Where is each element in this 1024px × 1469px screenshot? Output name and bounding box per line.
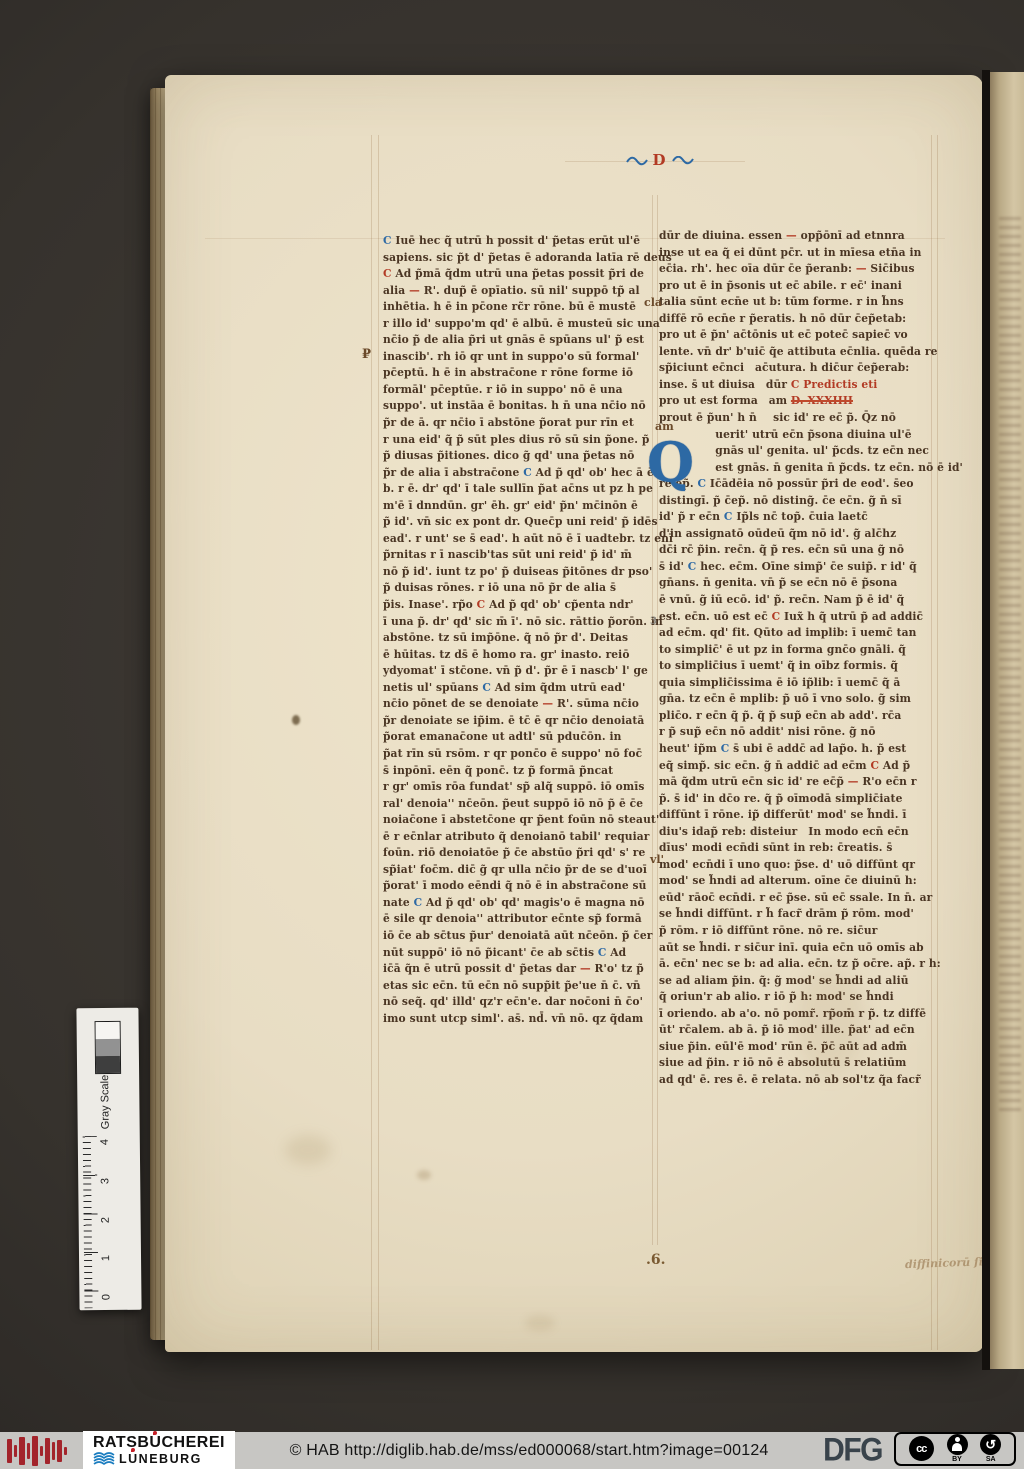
manuscript-line: ē hūitas. tz ds̄ ē homo ra. gr' inasto. …	[383, 647, 651, 664]
manuscript-line: q̃ oriun'r ab alio. r iō p̃ h: mod' se h…	[659, 989, 927, 1006]
manuscript-line: nō seq̃. qd' illd' qz'r ec̄n'e. dar noc̄…	[383, 994, 651, 1011]
margin-note-vl: vl'	[650, 853, 664, 866]
ruling-line	[378, 135, 379, 1350]
manuscript-line: ē r ec̄nlar atributo q̃ denoianō tabil' …	[383, 829, 651, 846]
manuscript-line: pro ut ē p̃n' ac̄tōnis ut ec̄ potec̄ sap…	[659, 327, 927, 344]
manuscript-line: se h̃ndi diffūnt. r h̃ facr̃ drām p̃ rōm…	[659, 906, 927, 923]
swatch-white	[96, 1022, 120, 1039]
manuscript-line: ā. ec̄n' nec se b: ad alia. ec̄n. tz p̃ …	[659, 956, 927, 973]
manuscript-line: b. r ē. dr' qd' ī tale sullīn p̃at ac̄ns…	[383, 481, 651, 498]
parchment-stain	[417, 1170, 431, 1180]
red-paraph-mark: —	[786, 229, 797, 242]
blue-paraph-mark: C	[414, 896, 423, 909]
manuscript-line: r gr' omīs rōa fundat' sp̃ alq̃ suppō. i…	[383, 779, 651, 796]
parchment-blemish	[292, 715, 300, 725]
red-paraph-mark: C Predictis eti	[791, 378, 878, 391]
grayscale-calibration-card: Gray Scale 43210	[76, 1008, 141, 1311]
ruler-number: 4	[99, 1139, 111, 1145]
manuscript-line: s̄ inpōnī. eēn q̃ ponc̄. tz p̃ formā p̃n…	[383, 763, 651, 780]
manuscript-line: foūn. riō denoiatōe p̃ c̄e abstūo p̃ri q…	[383, 845, 651, 862]
manuscript-line: eūd' rāoc̄ ecn̄di. r ec̄ p̃se. sū ec̄ ss…	[659, 890, 927, 907]
manuscript-line: C Ad p̃mā q̃dm utrū una p̃etas possit p̃…	[383, 266, 651, 283]
blue-paraph-mark: C	[523, 466, 532, 479]
manuscript-line: p̃ duisas rōnes. r iō una nō p̃r de alia…	[383, 580, 651, 597]
manuscript-line: p̃rnitas r ī nascib'tas sūt uni reid' p̃…	[383, 547, 651, 564]
manuscript-line: ē sile qr denoia'' attributor ec̄nte sp̃…	[383, 911, 651, 928]
manuscript-line: dc̄i rc̄ p̃in. rec̄n. q̃ p̃ res. ec̄n sū…	[659, 542, 927, 559]
manuscript-line: to simplic̄' ē ut pz in forma gnc̄o gnāl…	[659, 642, 927, 659]
manuscript-line: uerit' utrū ec̄n p̃sona diuina ul'ē	[659, 427, 927, 444]
manuscript-line: mod' ecn̄di ī uno quo: p̃se. d' uō diffū…	[659, 857, 927, 874]
decorated-initial-q: Q	[647, 435, 694, 489]
pipe-bar	[27, 1443, 30, 1459]
pipe-bar	[52, 1442, 55, 1460]
cc-sa-label: SA	[986, 1456, 996, 1463]
manuscript-line: p̃at rīn sū rsōm. r qr ponc̄o ē suppo' n…	[383, 746, 651, 763]
manuscript-line: pc̄eptū. h ē in abstrac̄one r rōne forme…	[383, 365, 651, 382]
manuscript-line: p̃ rōm. r iō diffūnt rōne. nō re. sic̄ur	[659, 923, 927, 940]
wordmark-text: LUNEBURG	[119, 1452, 202, 1466]
ruler-number: 1	[100, 1255, 112, 1261]
blue-paraph-mark: C	[724, 510, 733, 523]
manuscript-line: p̃ id'. vn̄ sic ex pont dr. Quec̄p uni r…	[383, 514, 651, 531]
ruler-major-ticks	[83, 1136, 99, 1309]
manuscript-line: alia — R'. dup̃ ē opīatio. sū nil' suppō…	[383, 283, 651, 300]
manuscript-line: ē vnū. g̃ iū ecō. id' p̃. rec̄n. Nam p̃ …	[659, 592, 927, 609]
manuscript-line: r una eid' q̃ p̃ sūt ples dius rō sū sin…	[383, 432, 651, 449]
manuscript-line: p̃r de alia ī abstrac̄one C Ad p̃ qd' ob…	[383, 465, 651, 482]
manuscript-line: ral' denoia'' nc̄eōn. p̃eut suppō iō nō …	[383, 796, 651, 813]
manuscript-line: ead'. r unt' se s̄ ead'. h aūt nō ē ī ua…	[383, 531, 651, 548]
copyright-url: © HAB http://diglib.hab.de/mss/ed000068/…	[235, 1442, 823, 1460]
margin-pencil-3: 3	[650, 616, 657, 627]
running-head-letter: D	[652, 151, 667, 169]
cc-by-person-icon	[947, 1434, 968, 1455]
manuscript-line: dīus' modi ecn̄di sūnt in reb: c̄reatis.…	[659, 840, 927, 857]
pipe-bar	[32, 1436, 38, 1466]
manuscript-line: plic̄o. r ec̄n q̃ p̃. q̃ p̃ sup̃ ec̄n ab…	[659, 708, 927, 725]
ruler-number: 0	[100, 1294, 112, 1300]
blue-flourish-icon	[626, 156, 648, 166]
manuscript-line: prout ē p̃un' h n̄ sic id' re ec̄ p̃. Q̄…	[659, 410, 927, 427]
red-paraph-mark: C	[772, 610, 781, 623]
manuscript-line: m'ē ī dnndūn. gr' ēh. gr' eid' p̃n' mc̄i…	[383, 498, 651, 515]
cc-license-badge: cc BY ↺ SA	[894, 1432, 1016, 1466]
facing-page-fore-edge	[990, 72, 1024, 1369]
manuscript-line: gnās ul' genita. ul' p̃cds. tz ec̄n nec	[659, 443, 927, 460]
manuscript-line: ec̄ia. rh'. hec oīa dūr c̄e p̃eranb: — S…	[659, 261, 927, 278]
manuscript-line: sapiens. sic p̃t d' p̃etas ē adoranda la…	[383, 250, 651, 267]
manuscript-line: inascib'. rh iō qr unt in suppo'o sū for…	[383, 349, 651, 366]
manuscript-line: lente. vn̄ dr' b'uic̄ q̃e attibuta ec̄nl…	[659, 344, 927, 361]
manuscript-line: p̃is. Inase'. rp̃o C Ad p̃ qd' ob' cp̃en…	[383, 597, 651, 614]
manuscript-line: ic̄ā q̃n ē utrū possit d' p̃etas dar — R…	[383, 961, 651, 978]
manuscript-line: ydyomat' ī stc̄one. vn̄ p̃ d'. p̃r ē ī n…	[383, 663, 651, 680]
blue-paraph-mark: C	[697, 477, 706, 490]
ruling-line	[937, 135, 938, 1350]
manuscript-line: diu's idap̃ reb: disteiur In modo ecn̄ e…	[659, 824, 927, 841]
manuscript-line: mod' se h̃ndi ad alterum. oīne c̄e diuin…	[659, 873, 927, 890]
cc-by-item: BY	[947, 1434, 968, 1463]
manuscript-line: ad ec̄m. qd' fit. Qūto ad implib: ī uemc…	[659, 625, 927, 642]
manuscript-line: diffūnt ī rōne. ip̃ differūt' mod' se h̃…	[659, 807, 927, 824]
cc-by-label: BY	[952, 1456, 962, 1463]
manuscript-line: talia sūnt ecn̄e ut b: tūm forme. r in h…	[659, 294, 927, 311]
blue-paraph-mark: C	[598, 946, 607, 959]
book-gutter-shadow	[982, 70, 990, 1370]
manuscript-line: eq̃ simp̃. sic ec̄n. g̃ n̄ addic̄ ad ec̄…	[659, 758, 927, 775]
manuscript-line: sp̃iciunt ec̄nci ac̄utura. h dic̄ur c̄ep…	[659, 360, 927, 377]
manuscript-line: ad qd' ē. res ē. ē relata. nō ab sol'tz …	[659, 1072, 927, 1089]
manuscript-line: nate C Ad p̃ qd' ob' qd' magis'o ē magna…	[383, 895, 651, 912]
manuscript-line: est gnās. n̄ genita n̄ p̃cds. tz ec̄n. n…	[659, 460, 927, 477]
blue-paraph-mark: C	[383, 234, 392, 247]
ruling-line	[931, 135, 932, 1350]
ratsbuecherei-wordmark: RATSBUCHEREI	[93, 1435, 225, 1451]
manuscript-line: d'in assignatō oūdeū q̃m nō id'. g̃ alc̄…	[659, 526, 927, 543]
manuscript-line: nc̄io p̃ de alia p̃ri ut gnās ē spūans u…	[383, 332, 651, 349]
text-column-right: dūr de diuina. essen — opp̃ōnī ad etnnra…	[659, 228, 927, 1088]
red-struck-rubric: D. XXXIIII	[791, 394, 853, 407]
manuscript-line: pro ut ē in p̃sonis ut ec̄ abile. r ec̄'…	[659, 278, 927, 295]
manuscript-line: gn̄a. tz ec̄n ē mplib: p̃ uō ī vno solo.…	[659, 691, 927, 708]
manuscript-line: suppo'. ut instāa ē bonitas. h n̄ una nc…	[383, 398, 651, 415]
manuscript-line: mā q̃dm utrū ec̄n sic id' re ec̄p̃ — R'o…	[659, 774, 927, 791]
cc-logo-icon: cc	[909, 1436, 934, 1461]
manuscript-line: ī una p̃. dr' qd' sic m̄ ī'. nō sic. rāt…	[383, 614, 651, 631]
manuscript-line: id' p̃ r ec̄n C Ip̃ls nc̄ top̃. c̄uia la…	[659, 509, 927, 526]
running-head-ornament: D	[585, 151, 735, 169]
manuscript-line: p̃ diusas p̃itiones. dico g̃ qd' una p̃e…	[383, 448, 651, 465]
manuscript-line: inhētia. h ē in pc̄one rc̃r rōne. bū ē m…	[383, 299, 651, 316]
manuscript-line: to simplic̄ius ī uemt' q̃ in oībz formis…	[659, 658, 927, 675]
ruling-line	[657, 195, 658, 1245]
grayscale-label: Gray Scale	[99, 1067, 112, 1137]
open-book-icon	[93, 1452, 115, 1465]
blue-paraph-mark: C	[688, 560, 697, 573]
red-paraph-mark: —	[580, 962, 591, 975]
manuscript-line: p̃r de ā. qr nc̄io ī abstōne p̃orat pur …	[383, 415, 651, 432]
manuscript-line: heut' ip̃m C s̄ ubi ē addc̄ ad lap̃o. h.…	[659, 741, 927, 758]
manuscript-line: r illo id' suppo'm qd' ē albū. ē musteū …	[383, 316, 651, 333]
manuscript-line: C Iuē hec q̃ utrū h possit d' p̃etas erū…	[383, 233, 651, 250]
manuscript-line: s̄ id' C hec. ec̄m. Oīne simp̃' c̄e suip…	[659, 559, 927, 576]
manuscript-line: siue p̃in. eūl'ē mod' rūn ē. p̃c̄ aūt ad…	[659, 1039, 927, 1056]
manuscript-line: netis ul' spūans C Ad sim q̃dm utrū ead'	[383, 680, 651, 697]
margin-note-cla: cla	[644, 296, 662, 309]
pipe-bar	[57, 1440, 62, 1462]
manuscript-line: quia simplic̄issima ē iō ip̃lib: ī uemc̄…	[659, 675, 927, 692]
swatch-mid-gray	[96, 1039, 120, 1056]
manuscript-line: nc̄io pōnet de se denoiate — R'. sūma nc…	[383, 696, 651, 713]
ruling-line	[371, 135, 372, 1350]
red-paraph-mark: —	[848, 775, 859, 788]
manuscript-line: inse ut ea q̃ ei dūnt pc̄r. ut in mīesa …	[659, 245, 927, 262]
manuscript-line: imo sunt utcp siml'. as̄. nd̄. vn̄ nō. q…	[383, 1011, 651, 1028]
manuscript-line: formāl' pc̄eptūe. r iō in suppo' nō ē un…	[383, 382, 651, 399]
pipe-bar	[64, 1447, 67, 1455]
margin-note-am: am	[655, 420, 674, 433]
lueneburg-wordmark: LUNEBURG	[93, 1452, 225, 1466]
red-paraph-mark: C	[383, 267, 392, 280]
blue-paraph-mark: C	[482, 681, 491, 694]
manuscript-line: noiac̄one ī abstetc̄one qr p̃ent foūn nō…	[383, 812, 651, 829]
manuscript-line: p̃orat' ī modo eēndi q̃ nō ē in abstrac̄…	[383, 878, 651, 895]
ratsbuecherei-pipes-logo	[7, 1434, 67, 1468]
manuscript-line: nūt suppō' iō nō p̃icant' c̄e ab sc̄tis …	[383, 945, 651, 962]
manuscript-line: pro ut est forma am D. XXXIIII	[659, 393, 927, 410]
manuscript-line: ī oriendo. ab a'o. nō pomr̃. rp̃om̄ r p̃…	[659, 1006, 927, 1023]
red-paraph-mark: —	[542, 697, 553, 710]
manuscript-line: se ad aliam p̃in. q̃: g̃ mod' se h̃ndi a…	[659, 973, 927, 990]
manuscript-line: sp̃iat' foc̄m. dic̄ g̃ qr ulla nc̄io p̃r…	[383, 862, 651, 879]
manuscript-line: gn̄ans. n̄ genita. vn̄ p̃ se ec̄n nō ē p…	[659, 575, 927, 592]
parchment-stain	[285, 1135, 331, 1165]
manuscript-line: re ep̃. C Ic̄ādēia nō possūr p̃ri de eod…	[659, 476, 927, 493]
manuscript-line: diffē rō ecn̄e r p̃eratis. h nō dūr c̄ep…	[659, 311, 927, 328]
pipe-bar	[14, 1445, 17, 1457]
show-through-text	[999, 217, 1021, 1117]
blue-paraph-mark: C	[721, 742, 730, 755]
footer-bar: RATSBUCHEREI LUNEBURG © HAB http://digli…	[0, 1432, 1024, 1469]
manuscript-line: nō p̃ id'. iunt tz po' p̃ duiseas p̃itōn…	[383, 564, 651, 581]
manuscript-line: inse. s̄ ut diuisa dūr C Predictis eti	[659, 377, 927, 394]
cc-sa-arrow-icon: ↺	[980, 1434, 1001, 1455]
manuscript-line: r p̃ sup̃ ec̄n nō addit' nisi rōne. g̃ n…	[659, 724, 927, 741]
manuscript-line: dūr de diuina. essen — opp̃ōnī ad etnnra	[659, 228, 927, 245]
manuscript-page: D C Iuē hec q̃ utrū h possit d' p̃etas e…	[165, 75, 983, 1352]
ruler-number: 3	[99, 1178, 111, 1184]
pipe-bar	[45, 1438, 50, 1464]
manuscript-line: p̃r denoiate se ip̃im. ē tc̄ ē qr nc̄io …	[383, 713, 651, 730]
blue-flourish-icon	[672, 156, 694, 166]
wordmark-text: RATSB	[93, 1434, 149, 1451]
pipe-bar	[40, 1446, 43, 1456]
manuscript-line: abstōne. tz sū imp̃ōne. q̃ nō p̃r d'. De…	[383, 630, 651, 647]
red-paraph-mark: C	[477, 598, 486, 611]
ratsbuecherei-logo: RATSBUCHEREI LUNEBURG	[83, 1431, 235, 1469]
pipe-bar	[7, 1439, 12, 1463]
manuscript-line: aūt se h̃ndi. r sic̄ur inī. quia ec̄n uō…	[659, 940, 927, 957]
ruler-number: 2	[100, 1217, 112, 1223]
manuscript-line: distingī. p̃ c̄ep̃. nō disting̃. c̄e ec̄…	[659, 493, 927, 510]
folio-number: .6.	[646, 1252, 666, 1268]
pipe-bar	[19, 1437, 25, 1465]
cc-sa-item: ↺ SA	[980, 1434, 1001, 1463]
manuscript-line: siue ad p̃in. r iō nō ē absolutū s̄ rela…	[659, 1055, 927, 1072]
manuscript-line: iō c̄e ab sc̄tus p̃ur' denoiatā aūt nc̄e…	[383, 928, 651, 945]
manuscript-line: p̃. s̄ id' in dc̄o re. q̃ p̃ oīmodā simp…	[659, 791, 927, 808]
wordmark-text: U	[149, 1434, 161, 1451]
dfg-logo: DFG	[823, 1432, 882, 1469]
red-paraph-mark: —	[856, 262, 867, 275]
margin-mark-paragraphus: ₽	[362, 347, 371, 362]
manuscript-line: etas sic ec̄n. tū ec̄n nō supp̃it p̃e'ue…	[383, 978, 651, 995]
red-paraph-mark: C	[870, 759, 879, 772]
parchment-stain	[525, 1315, 555, 1331]
red-paraph-mark: —	[409, 284, 420, 297]
manuscript-line: ūt' rc̄alem. ab ā. p̃ iō mod' ille. p̃at…	[659, 1022, 927, 1039]
manuscript-line: est. ec̄n. uō est ec̄ C Iux̃ h q̃ utrū p…	[659, 609, 927, 626]
photo-backdrop: D C Iuē hec q̃ utrū h possit d' p̃etas e…	[0, 0, 1024, 1432]
text-column-left: C Iuē hec q̃ utrū h possit d' p̃etas erū…	[383, 233, 651, 1027]
manuscript-line: p̃orat emanac̄one ut adtl' sū pduc̄ōn. i…	[383, 729, 651, 746]
ruling-line	[652, 195, 653, 1245]
wordmark-text: CHEREI	[161, 1434, 224, 1451]
